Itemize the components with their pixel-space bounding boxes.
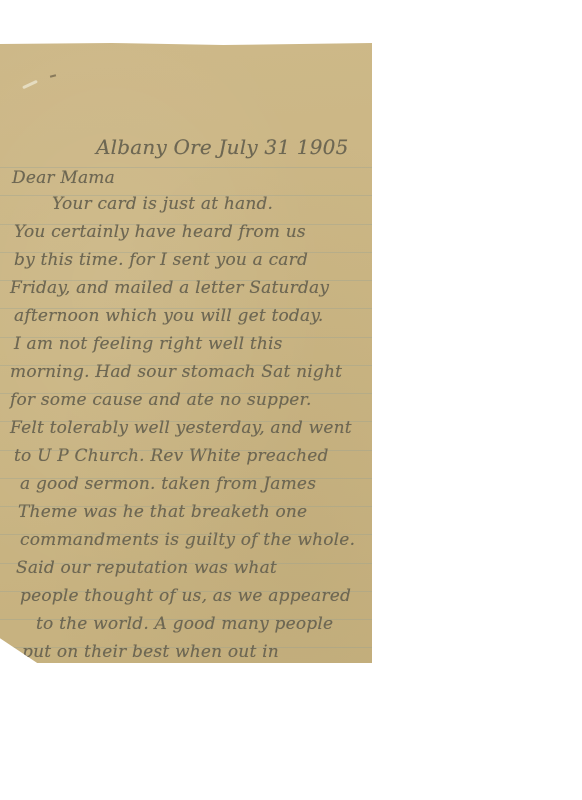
letter-line: a good sermon. taken from James [20, 474, 316, 494]
letter-line: people thought of us, as we appeared [20, 586, 351, 606]
paper-mark [50, 74, 56, 77]
letter-line: to the world. A good many people [36, 614, 333, 634]
letter-salutation: Dear Mama [12, 168, 115, 188]
letter-line: afternoon which you will get today. [14, 306, 324, 326]
letter-line: Your card is just at hand. [52, 194, 273, 214]
letter-line: by this time. for I sent you a card [14, 250, 308, 270]
letter-line: You certainly have heard from us [14, 222, 306, 242]
letter-dateline: Albany Ore July 31 1905 [96, 135, 349, 159]
letter-line: to U P Church. Rev White preached [14, 446, 329, 466]
letter-line: Friday, and mailed a letter Saturday [10, 278, 329, 298]
letter-line: Theme was he that breaketh one [18, 502, 307, 522]
letter-line: put on their best when out in [22, 642, 279, 662]
letter-line: for some cause and ate no supper. [10, 390, 312, 410]
letter-line: Said our reputation was what [16, 558, 277, 578]
letter-line: Felt tolerably well yesterday, and went [10, 418, 352, 438]
letter-page: Albany Ore July 31 1905 Dear Mama Your c… [0, 43, 372, 663]
letter-line: commandments is guilty of the whole. [20, 530, 355, 550]
letter-line: morning. Had sour stomach Sat night [10, 362, 342, 382]
letter-line: I am not feeling right well this [14, 334, 283, 354]
paper-crease [22, 80, 38, 89]
